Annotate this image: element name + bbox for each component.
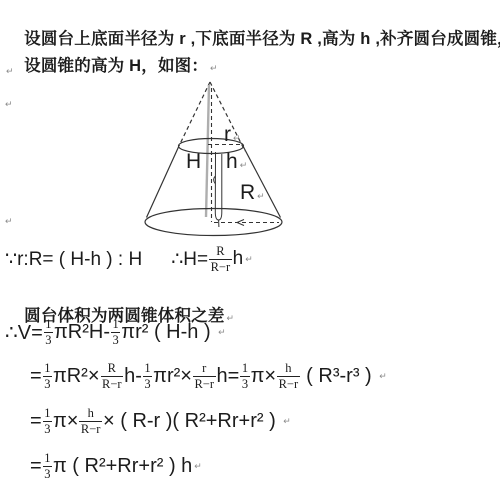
fraction-denominator: 3 — [143, 376, 152, 391]
equation-text: πr² ( H-h ) — [121, 321, 216, 344]
height-measure-squiggle — [214, 176, 216, 184]
equation-step3-line: =13π×hR−r× ( R-r )( R²+Rr+r² ) ↵ — [30, 402, 291, 440]
equation-text: π× — [53, 410, 78, 433]
fraction-numerator: R — [215, 244, 226, 258]
fraction-numerator: 1 — [43, 451, 52, 465]
paragraph-mark: ↵ — [257, 191, 265, 201]
diagram-label-H: H — [186, 151, 201, 172]
fraction-numerator: 1 — [43, 406, 52, 420]
equation-text: = — [30, 455, 42, 478]
paragraph-mark: ↵ — [379, 371, 387, 382]
fraction-denominator: 3 — [43, 466, 52, 481]
left-slant — [147, 147, 179, 218]
diagram-label-h: h↵ — [226, 151, 247, 172]
fraction-numerator: 1 — [111, 317, 120, 331]
paragraph-mark: ↵ — [245, 254, 253, 265]
equation-text: πr²× — [153, 365, 192, 388]
fraction-denominator: 3 — [111, 332, 120, 347]
equation-volume-line: ∴V=13πR²H-13πr² ( H-h ) ↵ — [5, 314, 226, 350]
fraction-numerator: 1 — [240, 361, 249, 375]
equation-text: ( R³-r³ ) — [301, 365, 378, 388]
fraction-denominator: 3 — [43, 376, 52, 391]
fraction: 13 — [43, 406, 52, 436]
equation-text: π× — [251, 365, 276, 388]
fraction-denominator: 3 — [240, 376, 249, 391]
fraction: rR−r — [193, 361, 216, 391]
fraction-numerator: h — [284, 361, 293, 375]
fraction-denominator: 3 — [43, 421, 52, 436]
fraction-numerator: R — [106, 361, 117, 375]
label-r-text: r — [224, 123, 231, 146]
fraction-denominator: R−r — [193, 376, 216, 391]
paragraph-mark: ↵ — [218, 327, 226, 338]
fraction-denominator: R−r — [209, 259, 232, 274]
fraction: 13 — [143, 361, 152, 391]
height-measure-loop — [215, 152, 222, 220]
radius-arrowhead — [237, 220, 244, 226]
fraction: 13 — [111, 317, 120, 347]
equation-text: h — [233, 248, 244, 270]
fraction: RR−r — [101, 361, 124, 391]
equation-step4-line: =13π ( R²+Rr+r² ) h↵ — [30, 447, 202, 485]
paragraph-mark: ↵ — [194, 461, 202, 472]
equation-ratio-line: ∵r:R= ( H-h ) : H∴H=RR−rh↵ — [5, 243, 253, 275]
fraction: RR−r — [209, 244, 232, 274]
equation-text: × ( R-r )( R²+Rr+r² ) — [103, 410, 281, 433]
equation-text: h= — [217, 365, 240, 388]
intro-line-2-text: 设圆锥的高为 H，如图： — [24, 57, 208, 75]
paragraph-mark: ↵ — [240, 160, 248, 170]
equation-text: πR²× — [53, 365, 100, 388]
equation-text: h- — [124, 365, 142, 388]
equation-text: = — [30, 410, 42, 433]
diagram-label-R: R↵ — [240, 182, 265, 203]
fraction-numerator: 1 — [44, 317, 53, 331]
paragraph-mark: ↵ — [233, 133, 241, 143]
equation-step2-line: =13πR²×RR−rh-13πr²×rR−rh=13π×hR−r ( R³-r… — [30, 357, 387, 395]
paragraph-mark: ↵ — [210, 63, 218, 73]
fraction-denominator: 3 — [44, 332, 53, 347]
equation-text: ∴V= — [5, 320, 43, 345]
fraction: 13 — [43, 451, 52, 481]
paragraph-mark: ↵ — [283, 416, 291, 427]
fraction: hR−r — [79, 406, 102, 436]
fraction: 13 — [44, 317, 53, 347]
equation-text: ∴H= — [171, 248, 208, 271]
fraction: 13 — [240, 361, 249, 391]
fraction-denominator: R−r — [101, 376, 124, 391]
document-page: 设圆台上底面半径为 r ,下底面半径为 R ,高为 h ,补齐圆台成圆锥， 设圆… — [0, 0, 500, 490]
fraction-numerator: 1 — [43, 361, 52, 375]
diagram-label-r: r↵ — [224, 124, 241, 145]
equation-text: = — [30, 365, 42, 388]
fraction-denominator: R−r — [79, 421, 102, 436]
fraction-numerator: 1 — [143, 361, 152, 375]
fraction-numerator: r — [201, 361, 208, 375]
paragraph-mark: ↵ — [5, 216, 13, 227]
paragraph-mark: ↵ — [5, 99, 13, 110]
label-R-text: R — [240, 181, 255, 204]
label-H-text: H — [186, 150, 201, 173]
fraction: hR−r — [277, 361, 300, 391]
axis-gray-line — [206, 85, 209, 217]
paragraph-mark: ↵ — [6, 66, 14, 77]
equation-text: πR²H- — [54, 321, 110, 344]
fraction: 13 — [43, 361, 52, 391]
equation-text: ∵r:R= ( H-h ) : H — [5, 248, 142, 271]
paragraph-mark: ↵ — [227, 313, 235, 323]
bottom-ellipse — [145, 209, 282, 236]
equation-text: π ( R²+Rr+r² ) h — [53, 455, 192, 478]
fraction-numerator: h — [86, 406, 95, 420]
fraction-denominator: R−r — [277, 376, 300, 391]
label-h-text: h — [226, 150, 238, 173]
intro-line-2: 设圆锥的高为 H，如图：↵ — [5, 33, 218, 101]
